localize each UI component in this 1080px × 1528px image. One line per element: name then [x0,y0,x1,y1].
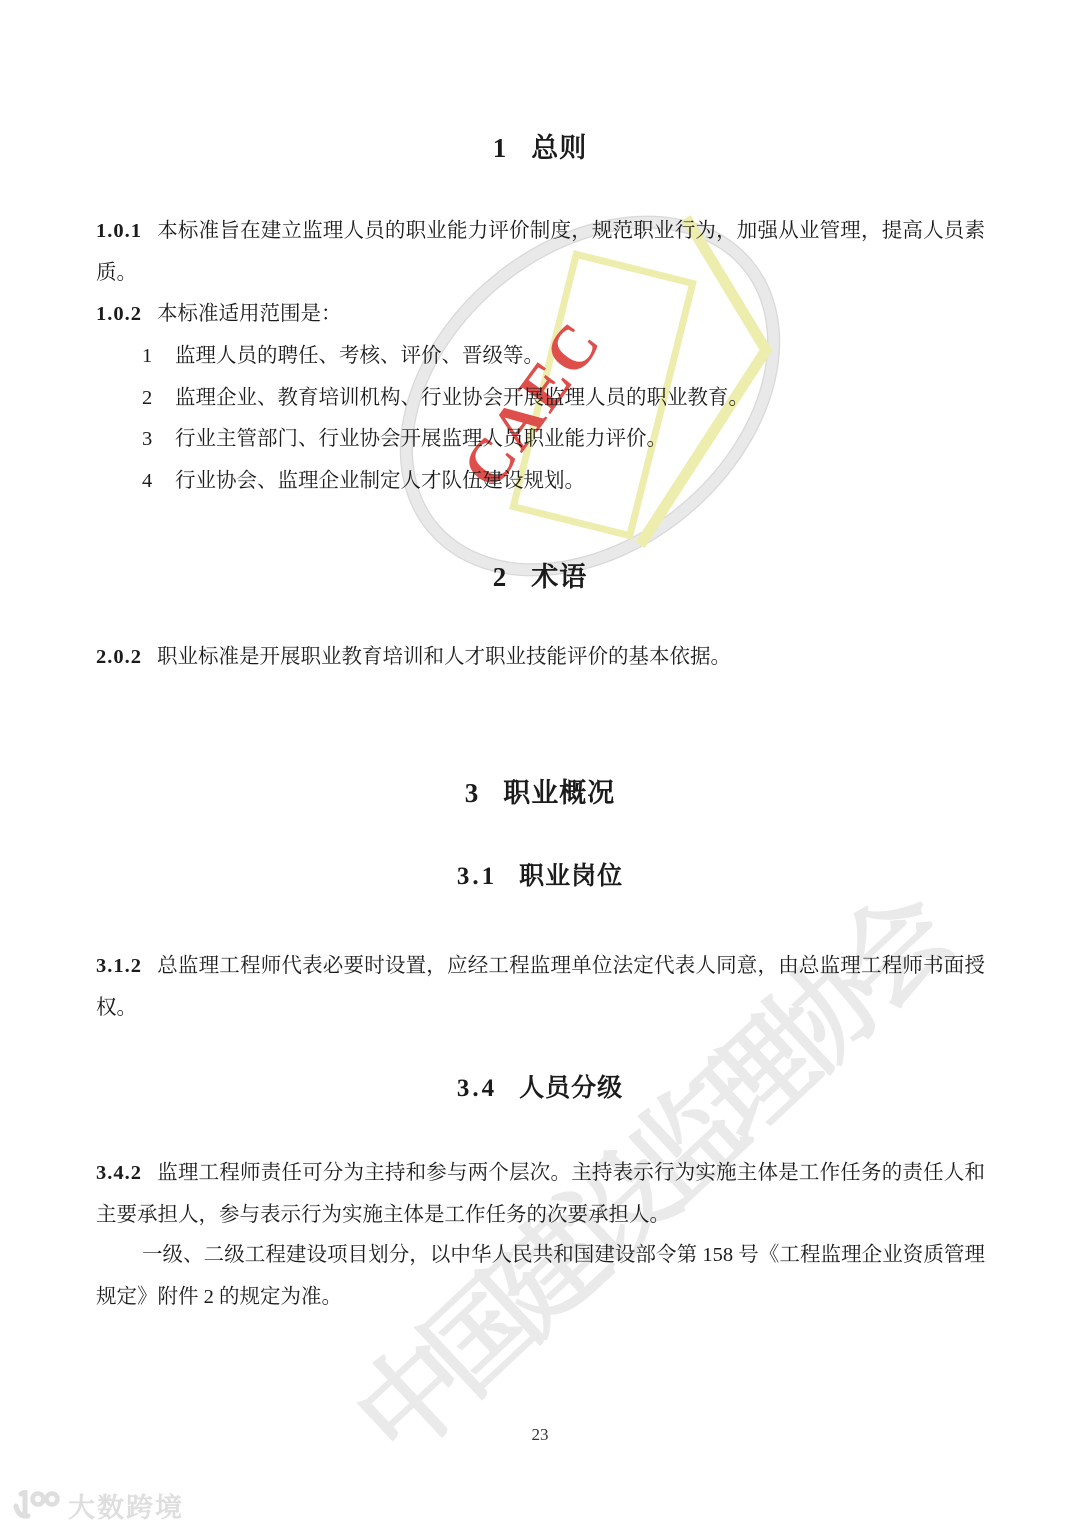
list-item-1-number: 1 [142,336,175,378]
clause-1-0-1: 1.0.1本标准旨在建立监理人员的职业能力评价制度，规范职业行为，加强从业管理，… [96,211,985,294]
clause-3-4-2-text: 监理工程师责任可分为主持和参与两个层次。主持表示行为实施主体是工作任务的责任人和… [96,1162,985,1226]
clause-3-4-2-number: 3.4.2 [96,1162,142,1184]
list-item: 2监理企业、教育培训机构、行业协会开展监理人员的职业教育。 [142,378,985,420]
section-3-4-title: 人员分级 [519,1075,623,1102]
section-3-1-title: 职业岗位 [519,863,623,890]
document-page: { "document": { "page_number": "23", "se… [0,0,1080,1528]
clause-1-0-2-text: 本标准适用范围是： [157,303,342,325]
clause-3-1-2: 3.1.2总监理工程师代表必要时设置，应经工程监理单位法定代表人同意，由总监理工… [96,946,985,1029]
list-item: 3行业主管部门、行业协会开展监理人员职业能力评价。 [142,419,985,461]
chapter-3-title: 职业概况 [503,778,615,808]
page-number: 23 [0,1425,1080,1445]
section-3-4-number: 3.4 [457,1075,497,1102]
list-item: 1监理人员的聘任、考核、评价、晋级等。 [142,336,985,378]
list-item-3-number: 3 [142,419,175,461]
clause-3-1-2-number: 3.1.2 [96,955,142,977]
footer-brand-text: 大数跨境 [68,1486,184,1525]
chapter-3-heading: 3职业概况 [0,775,1080,811]
list-item-4-text: 行业协会、监理企业制定人才队伍建设规划。 [175,470,585,492]
chapter-1-title: 总则 [531,133,587,163]
clause-2-0-2-text: 职业标准是开展职业教育培训和人才职业技能评价的基本依据。 [157,646,731,668]
clause-1-0-2: 1.0.2本标准适用范围是： [96,294,985,336]
clause-2-0-2-number: 2.0.2 [96,646,142,668]
clause-3-1-2-text: 总监理工程师代表必要时设置，应经工程监理单位法定代表人同意，由总监理工程师书面授… [96,955,985,1019]
chapter-1-number: 1 [493,133,510,163]
chapter-2-heading: 2术语 [0,559,1080,595]
chapter-2-number: 2 [493,562,510,592]
list-item-1-text: 监理人员的聘任、考核、评价、晋级等。 [175,345,544,367]
list-item-2-text: 监理企业、教育培训机构、行业协会开展监理人员的职业教育。 [175,387,749,409]
section-3-4-heading: 3.4人员分级 [0,1072,1080,1106]
clause-1-0-1-text: 本标准旨在建立监理人员的职业能力评价制度，规范职业行为，加强从业管理，提高人员素… [96,220,985,284]
footer-brand-watermark: 大数跨境 [12,1486,184,1525]
section-3-1-heading: 3.1职业岗位 [0,860,1080,894]
clause-1-0-2-number: 1.0.2 [96,303,142,325]
chapter-3-number: 3 [465,778,482,808]
chapter-1-heading: 1总则 [0,130,1080,166]
list-item-4-number: 4 [142,461,175,503]
clause-2-0-2: 2.0.2职业标准是开展职业教育培训和人才职业技能评价的基本依据。 [96,637,985,679]
chapter-2-title: 术语 [531,562,587,592]
section-3-1-number: 3.1 [457,863,497,890]
list-item-3-text: 行业主管部门、行业协会开展监理人员职业能力评价。 [175,428,667,450]
footer-brand-icon [12,1490,60,1522]
page-content: 1总则 1.0.1本标准旨在建立监理人员的职业能力评价制度，规范职业行为，加强从… [0,0,1080,1528]
clause-1-0-1-number: 1.0.1 [96,220,142,242]
paragraph-grading-basis: 一级、二级工程建设项目划分，以中华人民共和国建设部令第 158 号《工程监理企业… [96,1235,985,1318]
clause-3-4-2: 3.4.2监理工程师责任可分为主持和参与两个层次。主持表示行为实施主体是工作任务… [96,1153,985,1236]
list-item-2-number: 2 [142,378,175,420]
list-item: 4行业协会、监理企业制定人才队伍建设规划。 [142,461,985,503]
